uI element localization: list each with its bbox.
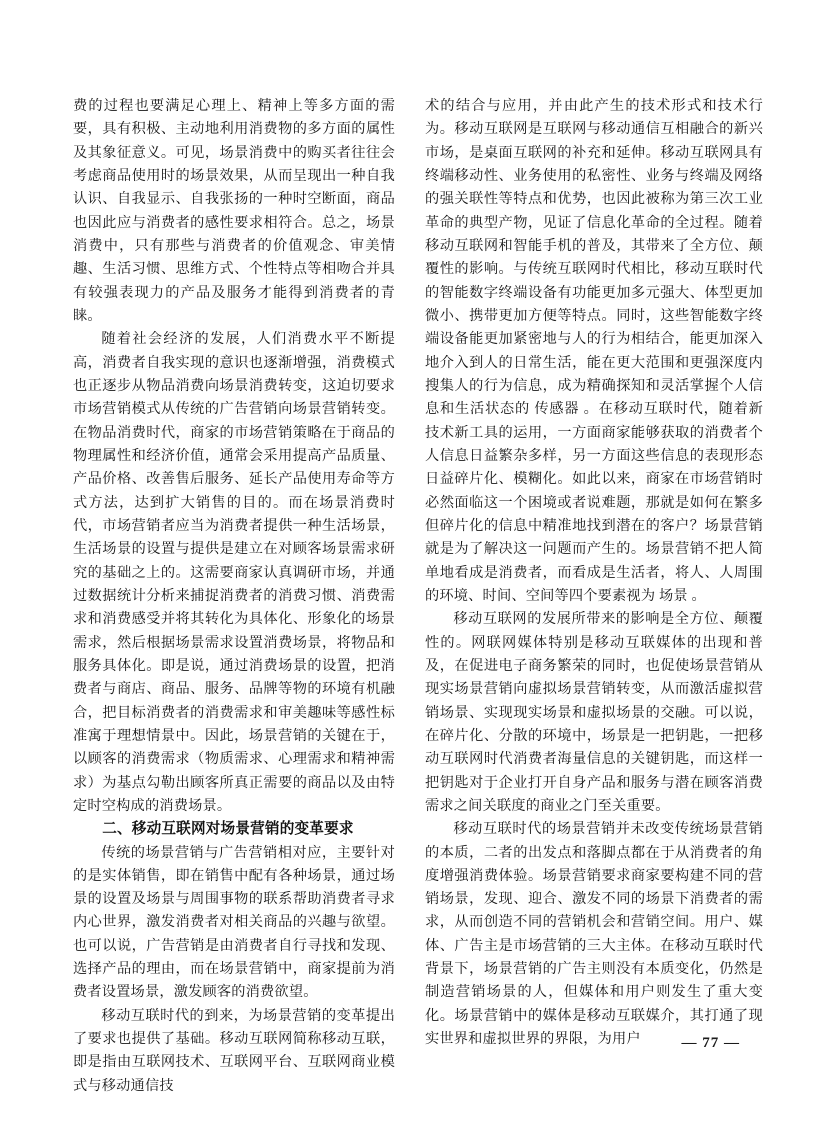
paragraph: 传统的场景营销与广告营销相对应，主要针对的是实体销售，即在销售中配有各种场景，通…: [73, 842, 395, 1005]
left-column: 费的过程也要满足心理上、精神上等多方面的需要，具有积极、主动地利用消费物的多方面…: [73, 95, 395, 1098]
paragraph-continuation: 术的结合与应用，并由此产生的技术形式和技术行为。移动互联网是互联网与移动通信互相…: [425, 95, 763, 608]
paragraph-continuation: 费的过程也要满足心理上、精神上等多方面的需要，具有积极、主动地利用消费物的多方面…: [73, 95, 395, 328]
right-column: 术的结合与应用，并由此产生的技术形式和技术行为。移动互联网是互联网与移动通信互相…: [425, 95, 763, 1098]
paragraph: 移动互联时代的到来，为场景营销的变革提出了要求也提供了基础。移动互联网简称移动互…: [73, 1005, 395, 1098]
section-heading: 二、移动互联网对场景营销的变革要求: [73, 818, 395, 841]
paragraph: 移动互联时代的场景营销并未改变传统场景营销的本质，二者的出发点和落脚点都在于从消…: [425, 818, 763, 1051]
paragraph: 随着社会经济的发展，人们消费水平不断提高，消费者自我实现的意识也逐渐增强，消费模…: [73, 328, 395, 818]
page-number: — 77 —: [682, 1035, 741, 1052]
document-page: 费的过程也要满足心理上、精神上等多方面的需要，具有积极、主动地利用消费物的多方面…: [0, 0, 833, 1123]
paragraph: 移动互联网的发展所带来的影响是全方位、颠覆性的。网联网媒体特别是移动互联媒体的出…: [425, 608, 763, 818]
two-column-layout: 费的过程也要满足心理上、精神上等多方面的需要，具有积极、主动地利用消费物的多方面…: [73, 95, 763, 1098]
